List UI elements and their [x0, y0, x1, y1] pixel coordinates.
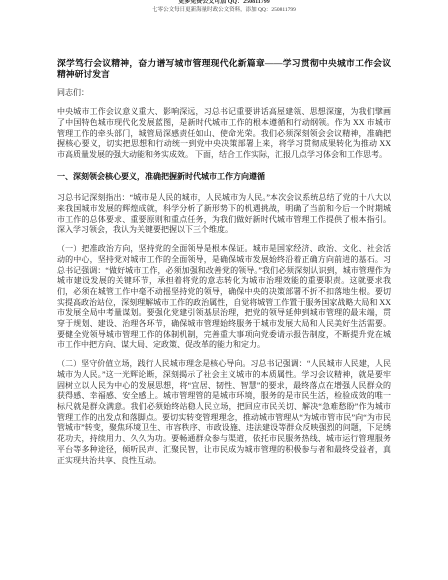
section-heading-1: 一、深刻领会核心要义，准确把握新时代城市工作方向遵循 — [57, 172, 391, 183]
document-body: 深学笃行会议精神，奋力谱写城市管理现代化新篇章——学习贯彻中央城市工作会议精神研… — [57, 58, 391, 474]
document-header: 更多免费公文可加 QQ：250811799 七零公文每日更新海量时政公文资料，添… — [0, 0, 448, 14]
document-page: 更多免费公文可加 QQ：250811799 七零公文每日更新海量时政公文资料，添… — [0, 0, 448, 580]
paragraph-intro: 中央城市工作会议意义重大、影响深远，习总书记重要讲话高屋建瓴、思想深邃，为我们擘… — [57, 107, 391, 161]
paragraph-point-2: （二）坚守价值立场，践行人民城市理念是核心导向。习总书记强调：“人民城市人民建，… — [57, 359, 391, 466]
salutation: 同志们： — [57, 88, 391, 99]
paragraph-overview: 习总书记深刻指出：“城市是人民的城市，人民城市为人民。”本次会议系统总结了党的十… — [57, 193, 391, 236]
document-title: 深学笃行会议精神，奋力谱写城市管理现代化新篇章——学习贯彻中央城市工作会议精神研… — [57, 58, 391, 80]
header-promo-line2: 七零公文每日更新海量时政公文资料，添加 QQ：250811799 — [0, 6, 448, 14]
paragraph-point-1: （一）把准政治方向，坚持党的全面领导是根本保证。城市是国家经济、政治、文化、社会… — [57, 244, 391, 351]
